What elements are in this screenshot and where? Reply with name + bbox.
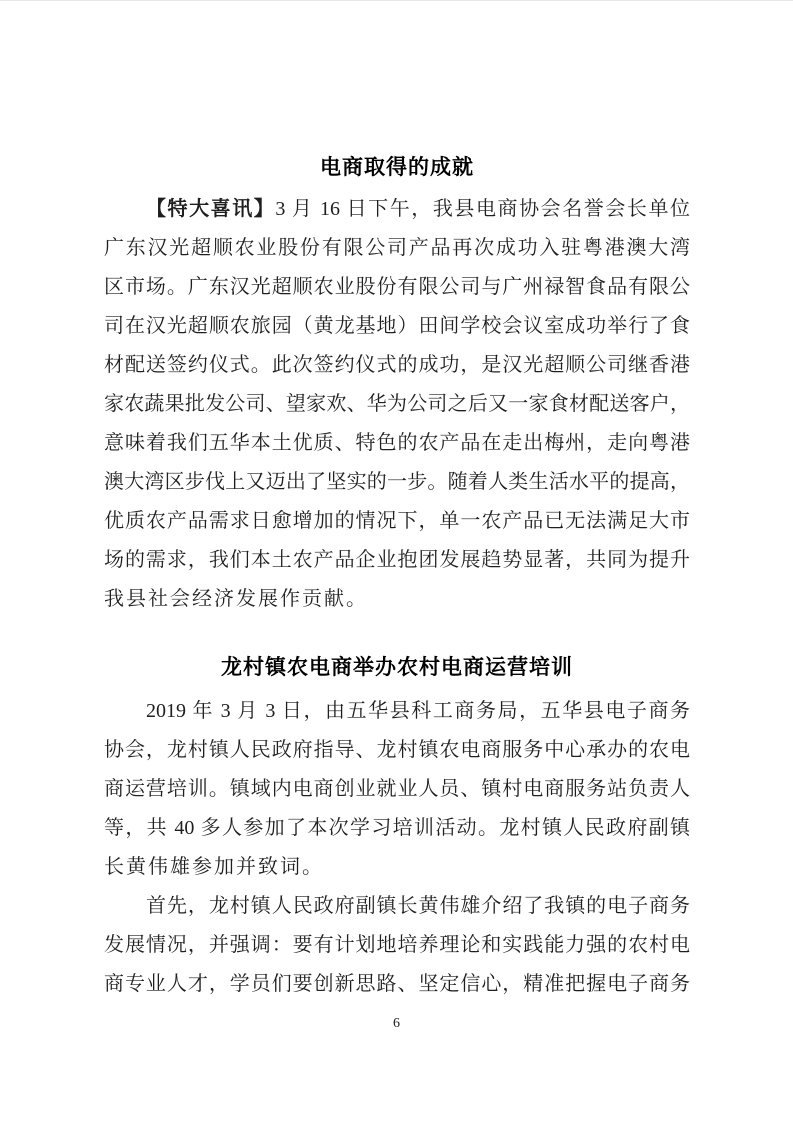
text-line: 广东汉光超顺农业股份有限公司产品再次成功入驻粤港澳大湾 (104, 229, 690, 268)
page-number: 6 (0, 1014, 793, 1034)
text-line: 2019 年 3 月 3 日，由五华县科工商务局，五华县电子商务 (104, 692, 690, 731)
text-line: 意味着我们五华本土优质、特色的农产品在走出梅州，走向粤港 (104, 424, 690, 463)
text-line: 首先，龙村镇人民政府副镇长黄伟雄介绍了我镇的电子商务 (104, 887, 690, 926)
text-segment: 广东汉光超顺农业股份有限公司产品再次成功入驻粤港澳大湾 (104, 237, 690, 259)
text-line: 我县社会经济发展作贡献。 (104, 580, 690, 619)
text-segment: 协会，龙村镇人民政府指导、龙村镇农电商服务中心承办的农电 (104, 739, 690, 761)
text-segment: 首先，龙村镇人民政府副镇长黄伟雄介绍了我镇的电子商务 (146, 895, 690, 917)
text-line: 商运营培训。镇域内电商创业就业人员、镇村电商服务站负责人 (104, 770, 690, 809)
text-segment: 区市场。广东汉光超顺农业股份有限公司与广州禄智食品有限公 (104, 276, 690, 298)
text-segment: 澳大湾区步伐上又迈出了坚实的一步。随着人类生活水平的提高， (104, 471, 690, 493)
text-segment: 长黄伟雄参加并致词。 (104, 856, 324, 878)
text-segment: 2019 年 3 月 3 日，由五华县科工商务局，五华县电子商务 (146, 700, 690, 722)
text-segment: 司在汉光超顺农旅园（黄龙基地）田间学校会议室成功举行了食 (104, 315, 690, 337)
text-line: 澳大湾区步伐上又迈出了坚实的一步。随着人类生活水平的提高， (104, 463, 690, 502)
text-segment: 场的需求，我们本土农产品企业抱团发展趋势显著，共同为提升 (104, 549, 690, 571)
text-segment: 我县社会经济发展作贡献。 (104, 588, 368, 610)
text-line: 发展情况，并强调：要有计划地培养理论和实践能力强的农村电 (104, 926, 690, 965)
text-line: 长黄伟雄参加并致词。 (104, 848, 690, 887)
text-segment: 材配送签约仪式。此次签约仪式的成功，是汉光超顺公司继香港 (104, 354, 690, 376)
text-line: 优质农产品需求日愈增加的情况下，单一农产品已无法满足大市 (104, 502, 690, 541)
bold-text-segment: 【特大喜讯】 (146, 198, 275, 220)
text-segment: 家农蔬果批发公司、望家欢、华为公司之后又一家食材配送客户， (104, 393, 690, 415)
text-line: 区市场。广东汉光超顺农业股份有限公司与广州禄智食品有限公 (104, 268, 690, 307)
text-segment: 商运营培训。镇域内电商创业就业人员、镇村电商服务站负责人 (104, 778, 690, 800)
section-title: 电商取得的成就 (104, 146, 690, 190)
text-line: 场的需求，我们本土农产品企业抱团发展趋势显著，共同为提升 (104, 541, 690, 580)
text-segment: 等，共 40 多人参加了本次学习培训活动。龙村镇人民政府副镇 (104, 817, 690, 839)
document-page: 电商取得的成就【特大喜讯】3 月 16 日下午，我县电商协会名誉会长单位广东汉光… (0, 0, 793, 1123)
text-line: 【特大喜讯】3 月 16 日下午，我县电商协会名誉会长单位 (104, 190, 690, 229)
text-line: 家农蔬果批发公司、望家欢、华为公司之后又一家食材配送客户， (104, 385, 690, 424)
text-segment: 优质农产品需求日愈增加的情况下，单一农产品已无法满足大市 (104, 510, 690, 532)
text-line: 商专业人才，学员们要创新思路、坚定信心，精准把握电子商务 (104, 965, 690, 1004)
text-segment: 3 月 16 日下午，我县电商协会名誉会长单位 (275, 198, 690, 220)
text-segment: 意味着我们五华本土优质、特色的农产品在走出梅州，走向粤港 (104, 432, 690, 454)
section-title: 龙村镇农电商举办农村电商运营培训 (104, 646, 690, 690)
text-segment: 商专业人才，学员们要创新思路、坚定信心，精准把握电子商务 (104, 973, 690, 995)
text-line: 等，共 40 多人参加了本次学习培训活动。龙村镇人民政府副镇 (104, 809, 690, 848)
text-line: 司在汉光超顺农旅园（黄龙基地）田间学校会议室成功举行了食 (104, 307, 690, 346)
document-body: 电商取得的成就【特大喜讯】3 月 16 日下午，我县电商协会名誉会长单位广东汉光… (104, 146, 690, 1004)
text-line: 协会，龙村镇人民政府指导、龙村镇农电商服务中心承办的农电 (104, 731, 690, 770)
text-segment: 发展情况，并强调：要有计划地培养理论和实践能力强的农村电 (104, 934, 690, 956)
text-line: 材配送签约仪式。此次签约仪式的成功，是汉光超顺公司继香港 (104, 346, 690, 385)
